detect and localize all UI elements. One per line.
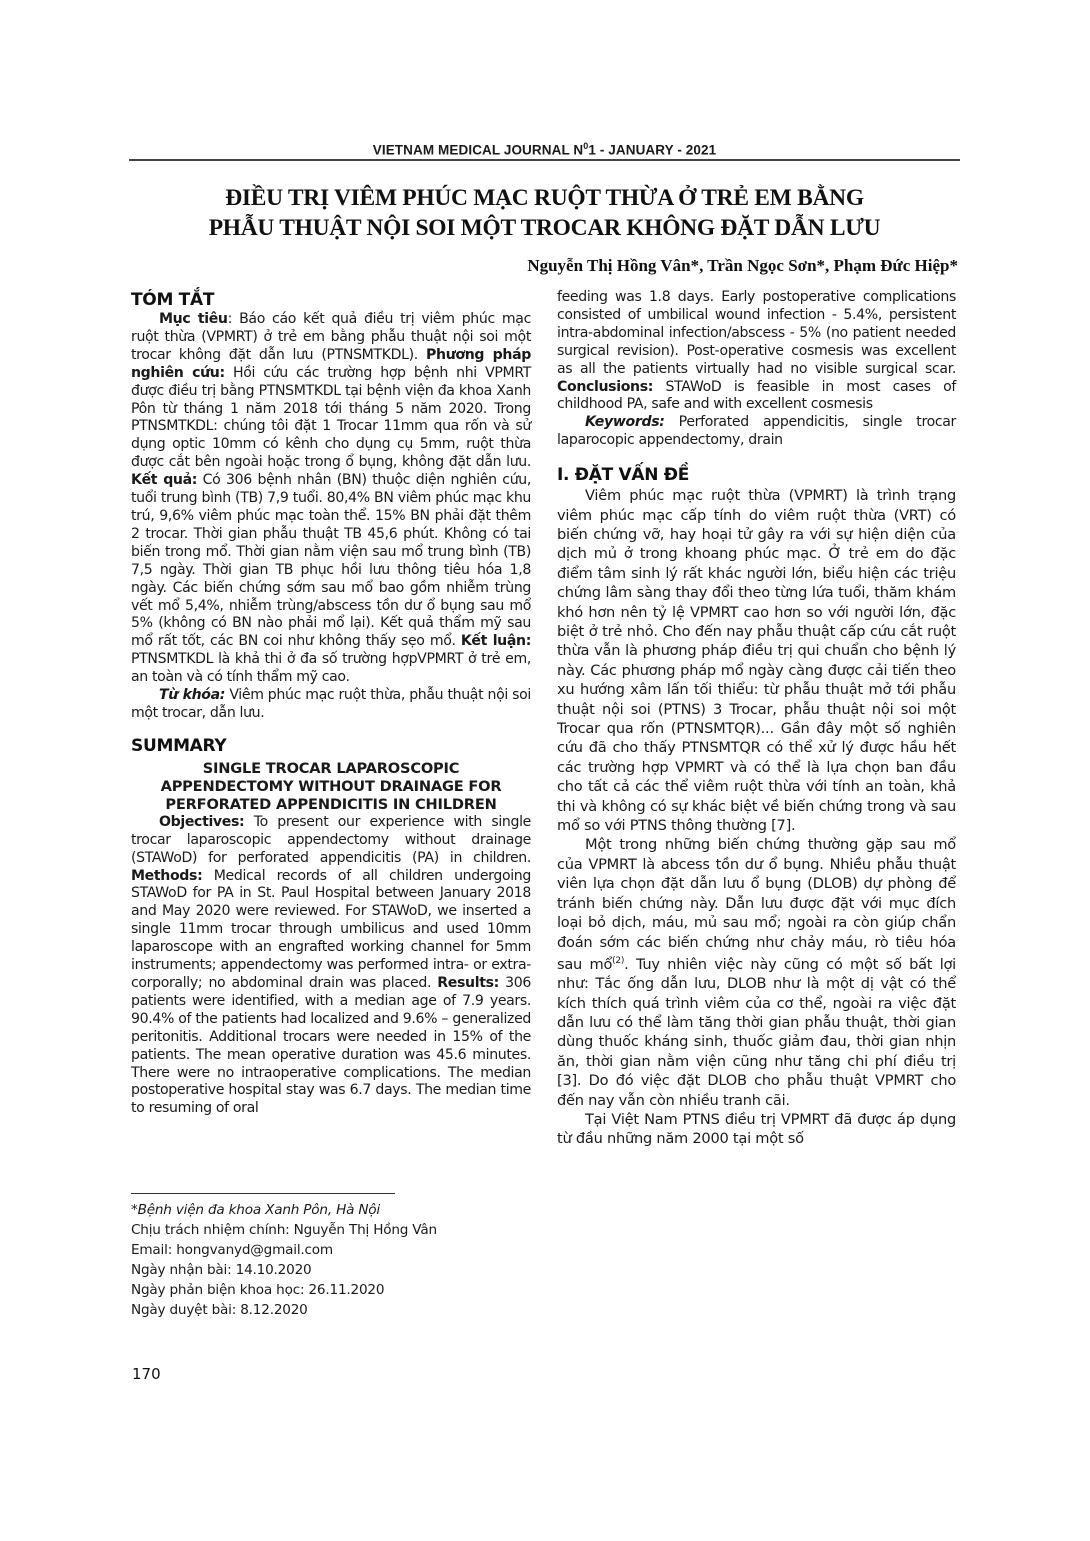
- footnote-email: Email: hongvanyd@gmail.com: [131, 1240, 531, 1260]
- footnotes: *Bệnh viện đa khoa Xanh Pôn, Hà Nội Chịu…: [131, 1200, 531, 1320]
- citation-superscript: (2): [612, 956, 624, 966]
- running-head: VIETNAM MEDICAL JOURNAL N01 - JANUARY - …: [129, 141, 960, 158]
- muc-tieu-label: Mục tiêu: [159, 311, 228, 327]
- summary-heading: SUMMARY: [131, 735, 531, 757]
- author-list: Nguyễn Thị Hồng Vân*, Trần Ngọc Sơn*, Ph…: [527, 256, 958, 276]
- tom-tat-abstract: Mục tiêu: Báo cáo kết quả điều trị viêm …: [131, 311, 531, 687]
- objectives-label: Objectives:: [159, 814, 244, 830]
- article-title: ĐIỀU TRỊ VIÊM PHÚC MẠC RUỘT THỪA Ở TRẺ E…: [129, 183, 960, 243]
- paragraph-2-text-b: . Tuy nhiên việc này cũng có một số bất …: [557, 956, 956, 1109]
- running-head-prefix: VIETNAM MEDICAL JOURNAL N: [373, 143, 584, 158]
- footnote-rule: [131, 1193, 395, 1194]
- title-line-1: ĐIỀU TRỊ VIÊM PHÚC MẠC RUỘT THỪA Ở TRẺ E…: [129, 183, 960, 213]
- english-title-line-2: APPENDECTOMY WITHOUT DRAINAGE FOR: [161, 778, 502, 795]
- ket-luan-label: Kết luận:: [461, 633, 531, 649]
- methods-label: Methods:: [131, 868, 202, 884]
- tu-khoa-label: Từ khóa:: [159, 687, 225, 703]
- section-1-paragraph-1: Viêm phúc mạc ruột thừa (VPMRT) là trình…: [557, 486, 956, 835]
- footnote-accepted-date: Ngày duyệt bài: 8.12.2020: [131, 1300, 531, 1320]
- section-1-paragraph-3: Tại Việt Nam PTNS điều trị VPMRT đã được…: [557, 1110, 956, 1149]
- footnote-reviewed-date: Ngày phản biện khoa học: 26.11.2020: [131, 1280, 531, 1300]
- english-title: SINGLE TROCAR LAPAROSCOPIC APPENDECTOMY …: [131, 760, 531, 814]
- footnote-affiliation: *Bệnh viện đa khoa Xanh Pôn, Hà Nội: [131, 1200, 531, 1220]
- journal-page: VIETNAM MEDICAL JOURNAL N01 - JANUARY - …: [0, 0, 1090, 1541]
- summary-abstract-right: feeding was 1.8 days. Early postoperativ…: [557, 289, 956, 414]
- tu-khoa-paragraph: Từ khóa: Viêm phúc mạc ruột thừa, phẫu t…: [131, 687, 531, 723]
- ket-luan-text: PTNSMTKDL là khả thi ở đa số trường hợpV…: [131, 651, 531, 685]
- results-text-left: 306 patients were identified, with a med…: [131, 975, 531, 1116]
- keywords-paragraph: Keywords: Perforated appendicitis, singl…: [557, 414, 956, 450]
- left-column: TÓM TẮT Mục tiêu: Báo cáo kết quả điều t…: [131, 289, 531, 1118]
- footnote-corresponding-author: Chịu trách nhiệm chính: Nguyễn Thị Hồng …: [131, 1220, 531, 1240]
- ket-qua-label: Kết quả:: [131, 472, 197, 488]
- header-rule: [129, 159, 960, 161]
- page-number: 170: [132, 1365, 161, 1383]
- section-1-heading: I. ĐẶT VẤN ĐỀ: [557, 464, 956, 486]
- results-label: Results:: [437, 975, 499, 991]
- title-line-2: PHẪU THUẬT NỘI SOI MỘT TROCAR KHÔNG ĐẶT …: [129, 213, 960, 243]
- running-head-suffix: 1 - JANUARY - 2021: [588, 143, 716, 158]
- conclusions-label: Conclusions:: [557, 379, 653, 395]
- summary-abstract-left: Objectives: To present our experience wi…: [131, 814, 531, 1118]
- english-title-line-3: PERFORATED APPENDICITIS IN CHILDREN: [165, 796, 496, 813]
- right-column: feeding was 1.8 days. Early postoperativ…: [557, 289, 956, 1149]
- keywords-label: Keywords:: [585, 414, 665, 430]
- results-text-right: feeding was 1.8 days. Early postoperativ…: [557, 289, 956, 377]
- paragraph-2-text-a: Một trong những biến chứng thường gặp sa…: [557, 836, 956, 972]
- footnote-received-date: Ngày nhận bài: 14.10.2020: [131, 1260, 531, 1280]
- english-title-line-1: SINGLE TROCAR LAPAROSCOPIC: [203, 760, 460, 777]
- section-1-paragraph-2: Một trong những biến chứng thường gặp sa…: [557, 835, 956, 1110]
- tom-tat-heading: TÓM TẮT: [131, 289, 531, 311]
- ket-qua-text: Có 306 bệnh nhân (BN) thuộc diện nghiên …: [131, 472, 531, 649]
- methods-text: Medical records of all children undergoi…: [131, 868, 531, 991]
